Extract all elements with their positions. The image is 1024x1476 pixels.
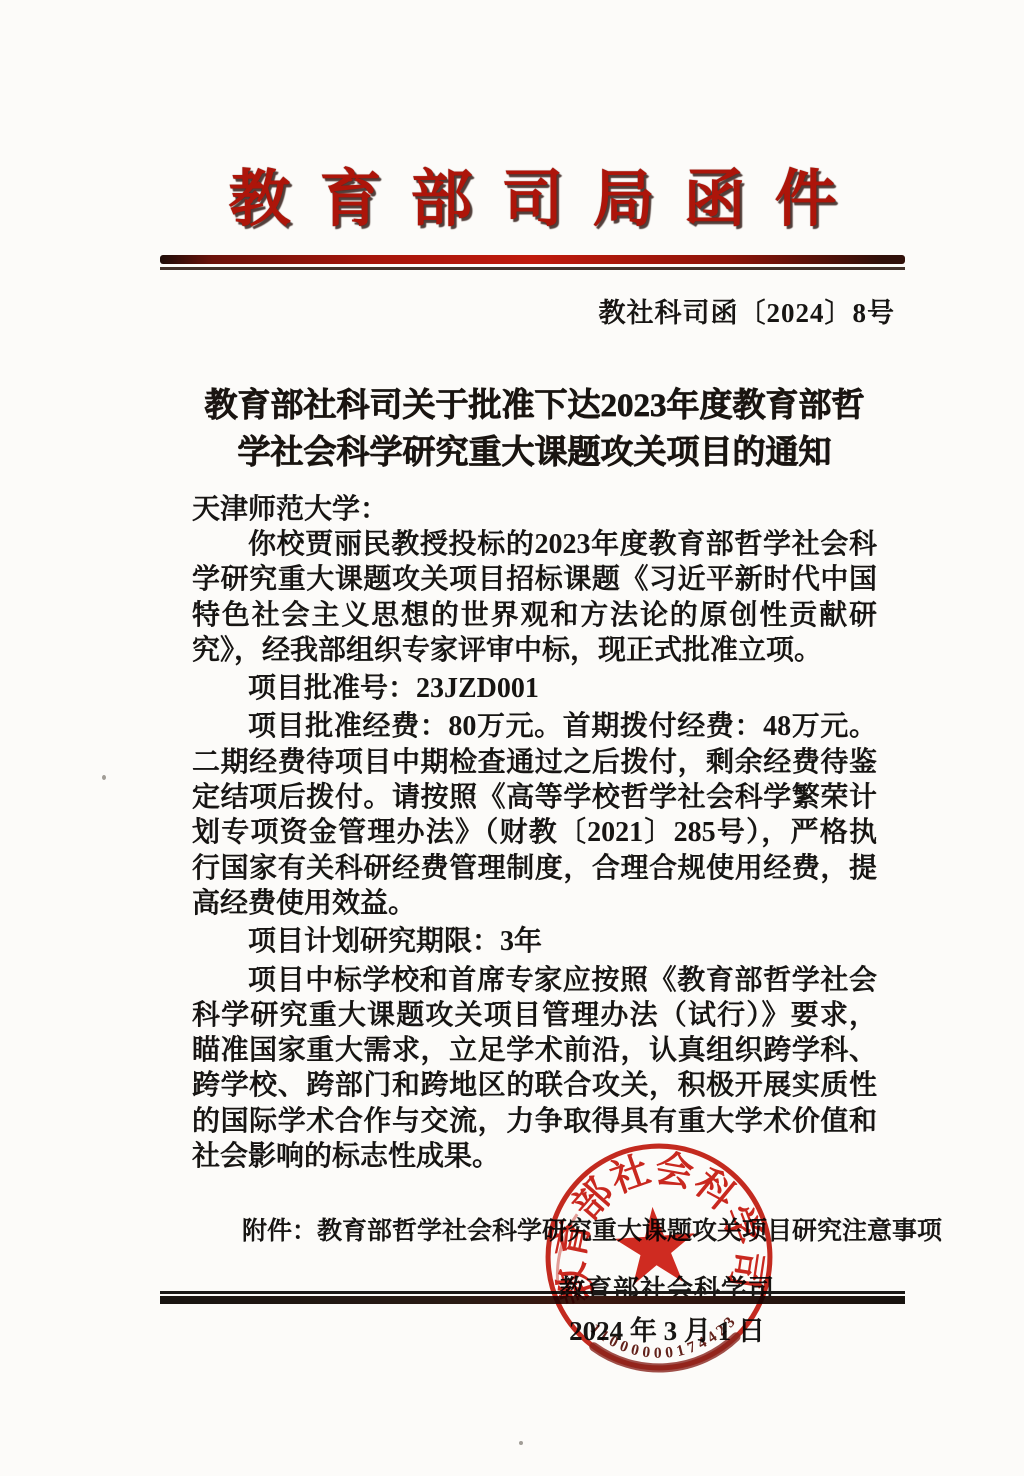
official-seal: 教育部社会科学司 11000000174423: [530, 1128, 788, 1386]
paragraph-funding: 项目批准经费：80万元。首期拨付经费：48万元。二期经费待项目中期检查通过之后拨…: [192, 709, 877, 921]
scan-speck: [102, 775, 106, 780]
paragraph-approval-number: 项目批准号：23JZD001: [192, 671, 877, 706]
masthead: 教育部司局函件 教社科司函〔2024〕8号: [0, 167, 1024, 327]
footer-rules: [160, 1291, 905, 1304]
scan-speck: [519, 1441, 523, 1445]
document-title: 教育部社科司关于批准下达2023年度教育部哲学社会科学研究重大课题攻关项目的通知: [192, 383, 877, 477]
masthead-rule-thick: [160, 255, 905, 264]
letter-body: 教育部社科司关于批准下达2023年度教育部哲学社会科学研究重大课题攻关项目的通知…: [0, 383, 1024, 1347]
footer-rule-thick: [160, 1296, 905, 1304]
document-number: 教社科司函〔2024〕8号: [160, 299, 905, 327]
paragraph-requirements: 项目中标学校和首席专家应按照《教育部哲学社会科学研究重大课题攻关项目管理办法（试…: [192, 963, 877, 1175]
masthead-rule-thin: [160, 267, 905, 270]
salutation: 天津师范大学：: [192, 493, 877, 527]
agency-banner: 教育部司局函件: [160, 167, 934, 233]
seal-star-icon: [612, 1204, 698, 1286]
footer-rule-thin: [160, 1291, 905, 1294]
paragraph-intro: 你校贾丽民教授投标的2023年度教育部哲学社会科学研究重大课题攻关项目招标课题《…: [192, 527, 877, 668]
document-page: 教育部司局函件 教社科司函〔2024〕8号 教育部社科司关于批准下达2023年度…: [0, 0, 1024, 1476]
paragraph-research-period: 项目计划研究期限：3年: [192, 924, 877, 959]
